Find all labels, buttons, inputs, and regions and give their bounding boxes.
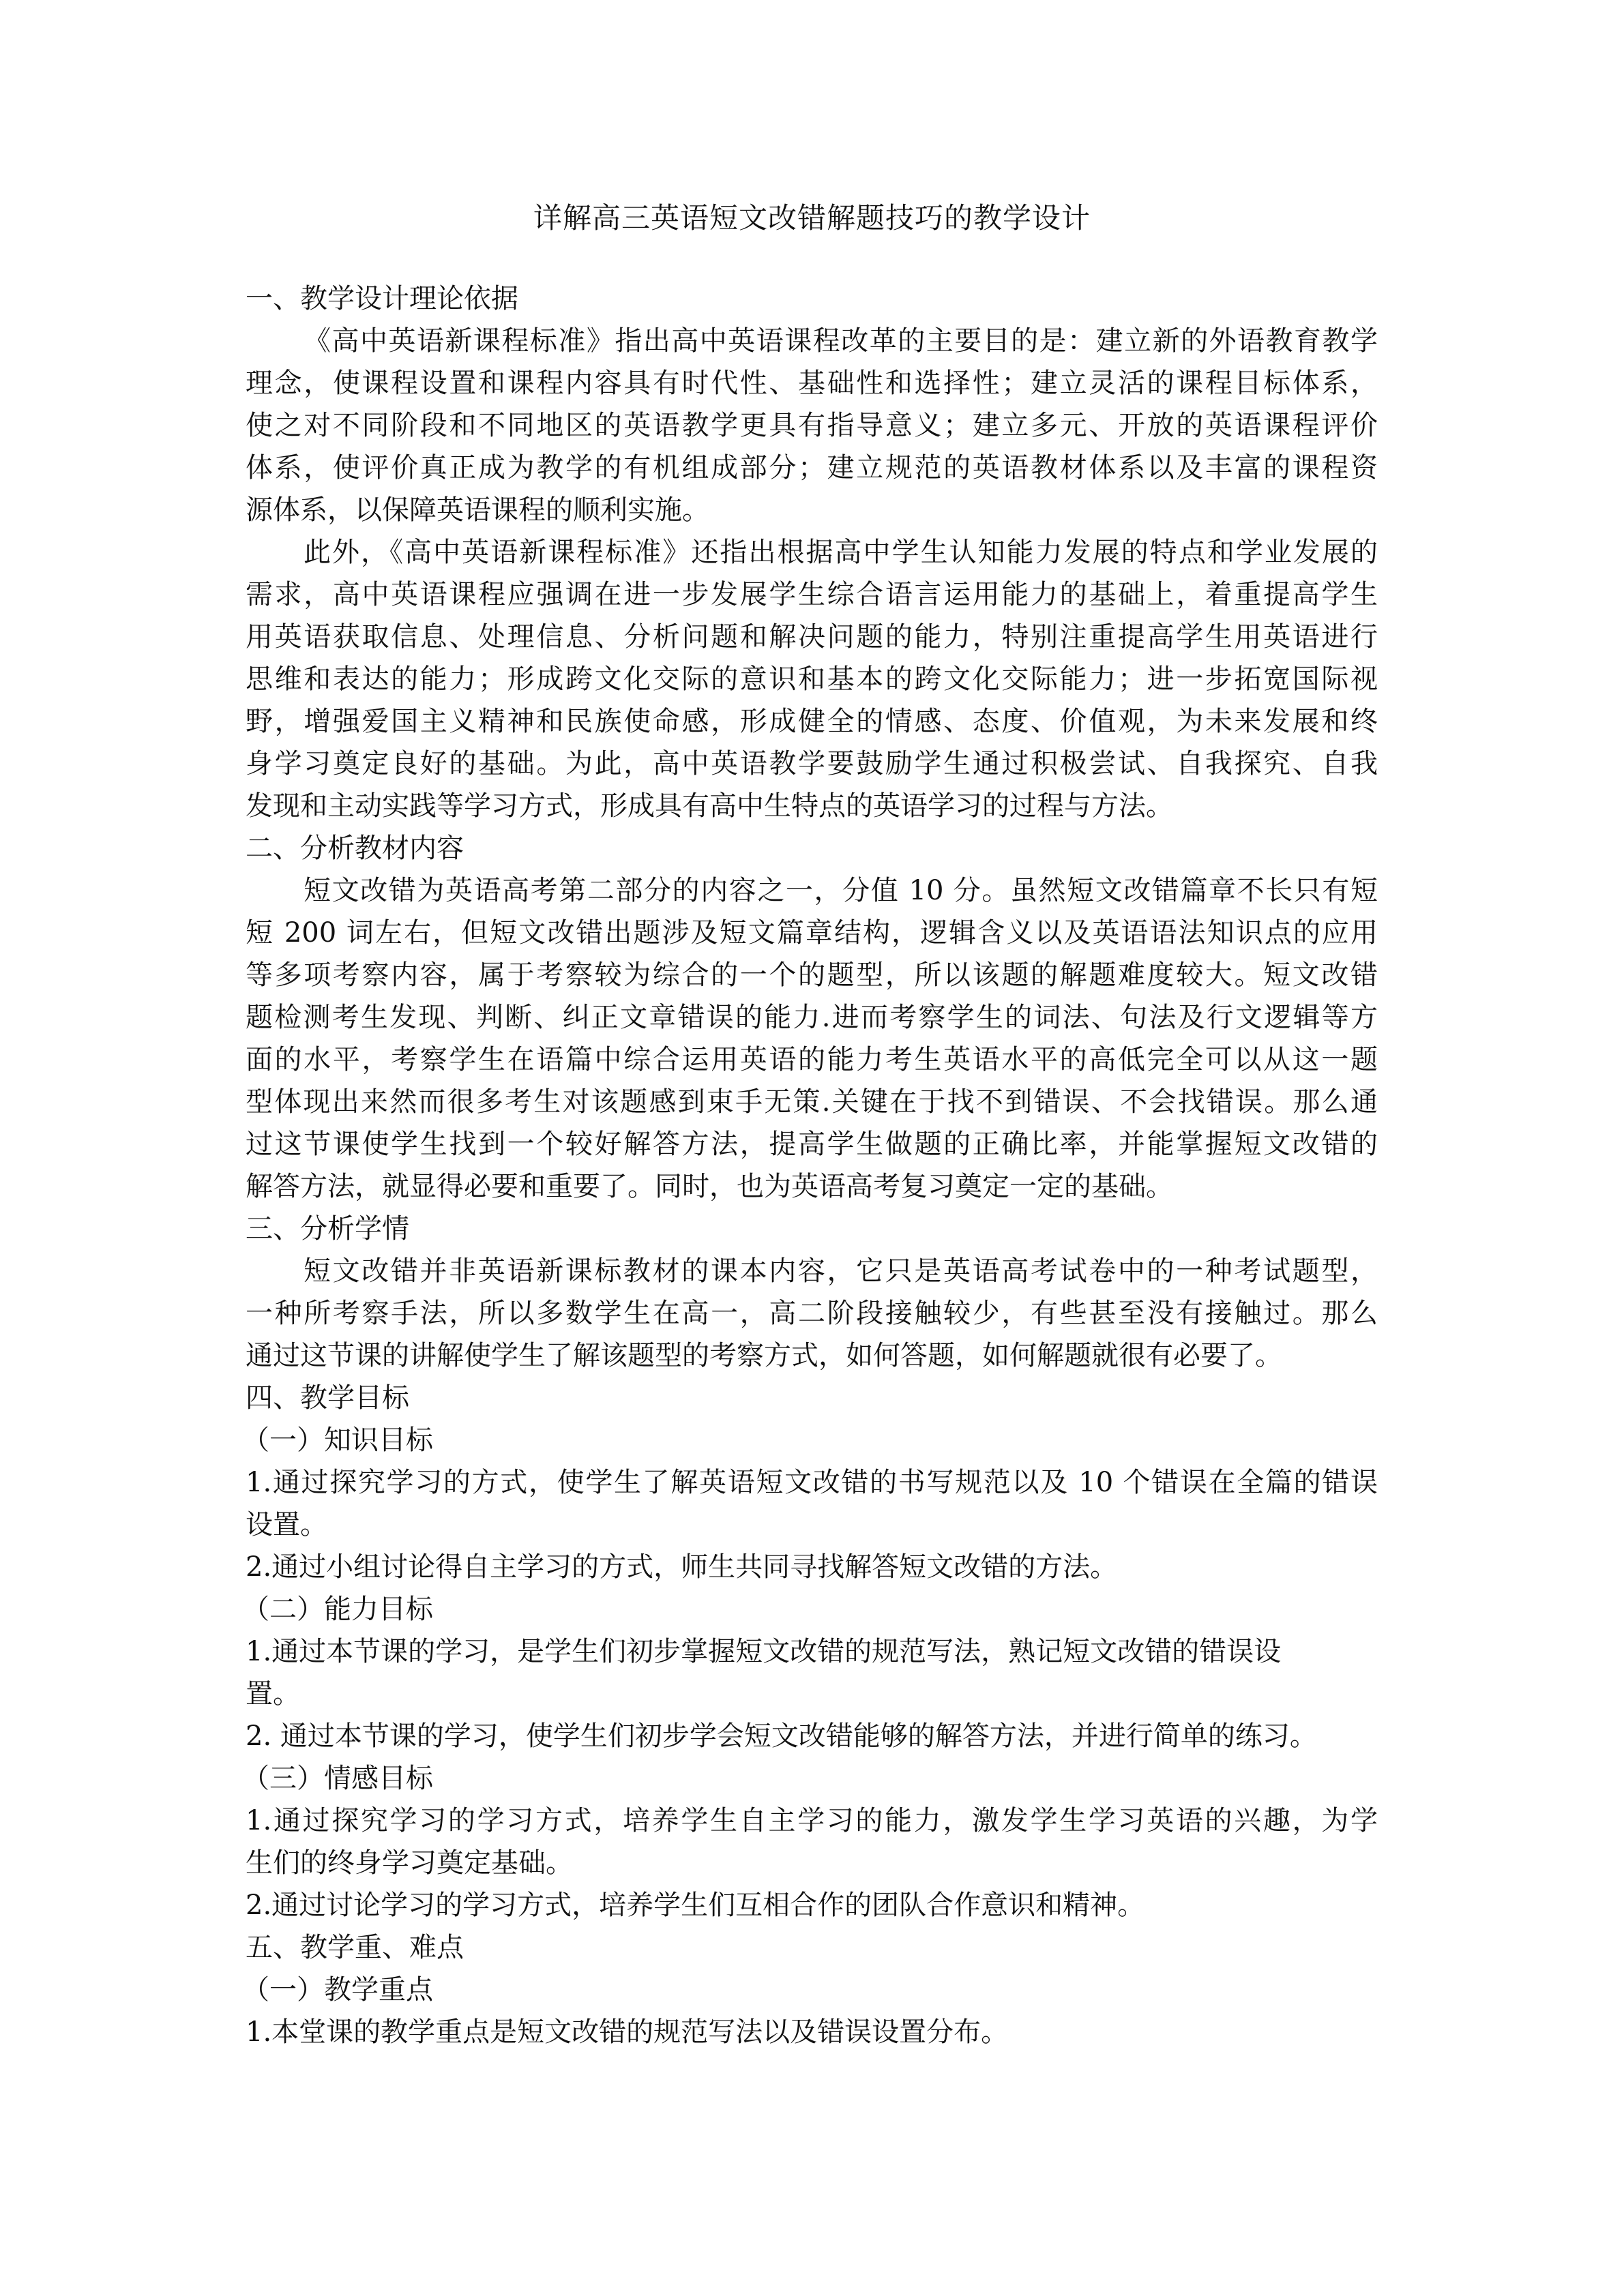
- subsection-heading: （二）能力目标: [242, 1589, 1374, 1630]
- paragraph-line: 型体现出来然而很多考生对该题感到束手无策.关键在于找不到错误、不会找错误。那么通: [246, 1082, 1378, 1122]
- paragraph-line: 用英语获取信息、处理信息、分析问题和解决问题的能力，特别注重提高学生用英语进行: [246, 616, 1378, 657]
- paragraph-line: 发现和主动实践等学习方式，形成具有高中生特点的英语学习的过程与方法。: [246, 786, 1378, 826]
- list-item-line: 2.通过讨论学习的学习方式，培养学生们互相合作的团队合作意识和精神。: [246, 1885, 1378, 1926]
- section-heading-1: 一、教学设计理论依据: [246, 278, 1378, 319]
- paragraph-line: 源体系，以保障英语课程的顺利实施。: [246, 490, 1378, 531]
- paragraph-line: 题检测考生发现、判断、纠正文章错误的能力.进而考察学生的词法、句法及行文逻辑等方: [246, 997, 1378, 1038]
- section-heading-2: 二、分析教材内容: [246, 828, 1378, 869]
- paragraph-line: 此外，《高中英语新课程标准》还指出根据高中学生认知能力发展的特点和学业发展的: [304, 532, 1378, 573]
- paragraph-line: 等多项考察内容，属于考察较为综合的一个的题型，所以该题的解题难度较大。短文改错: [246, 955, 1378, 996]
- list-item-line: 1.本堂课的教学重点是短文改错的规范写法以及错误设置分布。: [246, 2012, 1378, 2053]
- list-item-line: 设置。: [246, 1504, 1378, 1545]
- document-title: 详解高三英语短文改错解题技巧的教学设计: [0, 198, 1624, 239]
- paragraph-line: 《高中英语新课程标准》指出高中英语课程改革的主要目的是：建立新的外语教育教学: [304, 320, 1378, 361]
- list-item-line: 2. 通过本节课的学习，使学生们初步学会短文改错能够的解答方法，并进行简单的练习…: [246, 1716, 1378, 1757]
- paragraph-line: 需求，高中英语课程应强调在进一步发展学生综合语言运用能力的基础上，着重提高学生: [246, 574, 1378, 615]
- subsection-heading: （一）教学重点: [242, 1969, 1374, 2010]
- section-heading-5: 五、教学重、难点: [246, 1927, 1378, 1968]
- section-heading-4: 四、教学目标: [246, 1377, 1378, 1418]
- paragraph-line: 通过这节课的讲解使学生了解该题型的考察方式，如何答题，如何解题就很有必要了。: [246, 1335, 1378, 1376]
- list-item-line: 1.通过探究学习的方式，使学生了解英语短文改错的书写规范以及 10 个错误在全篇…: [246, 1462, 1378, 1503]
- paragraph-line: 短文改错并非英语新课标教材的课本内容，它只是英语高考试卷中的一种考试题型，: [304, 1251, 1378, 1292]
- paragraph-line: 使之对不同阶段和不同地区的英语教学更具有指导意义；建立多元、开放的英语课程评价: [246, 405, 1378, 446]
- subsection-heading: （三）情感目标: [242, 1758, 1374, 1799]
- paragraph-line: 过这节课使学生找到一个较好解答方法，提高学生做题的正确比率，并能掌握短文改错的: [246, 1124, 1378, 1165]
- list-item-line: 置。: [246, 1673, 1378, 1714]
- paragraph-line: 短文改错为英语高考第二部分的内容之一，分值 10 分。虽然短文改错篇章不长只有短: [304, 870, 1378, 911]
- paragraph-line: 身学习奠定良好的基础。为此，高中英语教学要鼓励学生通过积极尝试、自我探究、自我: [246, 743, 1378, 784]
- document-page: 详解高三英语短文改错解题技巧的教学设计 一、教学设计理论依据 《高中英语新课程标…: [0, 0, 1624, 2296]
- paragraph-line: 一种所考察手法，所以多数学生在高一，高二阶段接触较少，有些甚至没有接触过。那么: [246, 1293, 1378, 1334]
- list-item-line: 1.通过探究学习的学习方式，培养学生自主学习的能力，激发学生学习英语的兴趣，为学: [246, 1800, 1378, 1841]
- list-item-line: 2.通过小组讨论得自主学习的方式，师生共同寻找解答短文改错的方法。: [246, 1547, 1378, 1587]
- paragraph-line: 野，增强爱国主义精神和民族使命感，形成健全的情感、态度、价值观，为未来发展和终: [246, 701, 1378, 742]
- paragraph-line: 理念，使课程设置和课程内容具有时代性、基础性和选择性；建立灵活的课程目标体系，: [246, 363, 1378, 404]
- paragraph-line: 体系，使评价真正成为教学的有机组成部分；建立规范的英语教材体系以及丰富的课程资: [246, 447, 1378, 488]
- paragraph-line: 面的水平，考察学生在语篇中综合运用英语的能力考生英语水平的高低完全可以从这一题: [246, 1039, 1378, 1080]
- section-heading-3: 三、分析学情: [246, 1208, 1378, 1249]
- paragraph-line: 短 200 词左右，但短文改错出题涉及短文篇章结构，逻辑含义以及英语语法知识点的…: [246, 912, 1378, 953]
- subsection-heading: （一）知识目标: [242, 1420, 1374, 1461]
- list-item-line: 1.通过本节课的学习，是学生们初步掌握短文改错的规范写法，熟记短文改错的错误设: [246, 1631, 1378, 1672]
- paragraph-line: 解答方法，就显得必要和重要了。同时，也为英语高考复习奠定一定的基础。: [246, 1166, 1378, 1207]
- paragraph-line: 思维和表达的能力；形成跨文化交际的意识和基本的跨文化交际能力；进一步拓宽国际视: [246, 659, 1378, 700]
- list-item-line: 生们的终身学习奠定基础。: [246, 1843, 1378, 1883]
